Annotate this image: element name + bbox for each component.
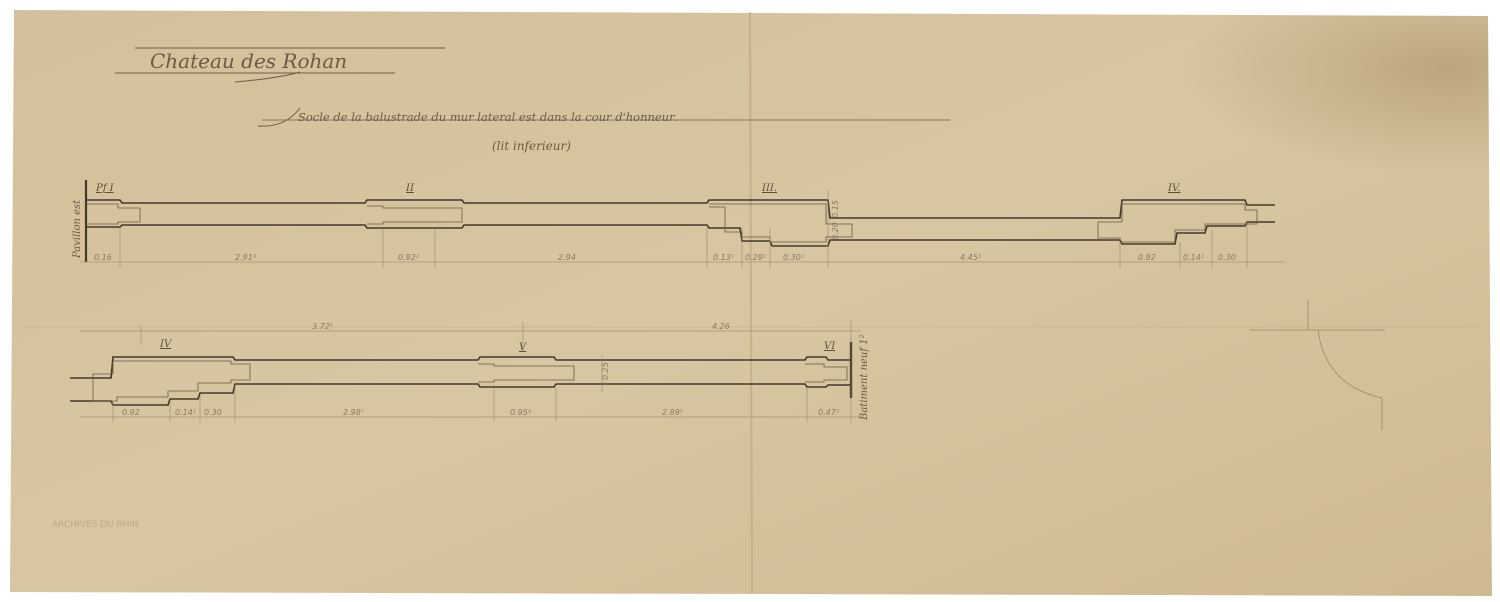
pier-label-II: II (405, 183, 415, 194)
pier-label-I: Pf I (95, 183, 115, 194)
dim-top-0: 0.16 (94, 253, 112, 262)
dim-bottom-vertical-0: 0.25 (601, 362, 610, 380)
dim-top-2: 0.92² (398, 253, 420, 262)
dim-top-9: 0.14¹ (1183, 253, 1204, 262)
dim-bottom-overall-1: 4.26 (712, 322, 730, 331)
dim-top-8: 0.92 (1138, 253, 1156, 262)
dim-top-6: 0.30² (783, 253, 805, 262)
scanned-drawing-sheet: Chateau des Rohan Socle de la balustrade… (0, 0, 1500, 602)
batiment-label: Batiment neuf 1² (859, 334, 870, 421)
dim-bottom-overall-0: 3.72⁵ (312, 322, 333, 331)
dim-bottom-6: 0.47² (818, 408, 840, 417)
paper-background (10, 10, 1492, 596)
dim-top-1: 2.91³ (235, 253, 256, 262)
dim-top-vertical-0: 0.15 (831, 200, 840, 218)
pier-label-IV-lower: IV (159, 339, 173, 350)
dim-bottom-0: 0.92 (122, 408, 140, 417)
dim-top-3: 2.94 (558, 253, 576, 262)
dim-bottom-5: 2.89⁵ (662, 408, 683, 417)
dim-bottom-4: 0.95³ (510, 408, 531, 417)
dim-bottom-3: 2.98⁷ (343, 408, 365, 417)
document-note: (lit inferieur) (492, 139, 571, 153)
dim-bottom-2: 0.30 (204, 408, 222, 417)
pier-label-IV: IV. (1167, 183, 1181, 194)
document-subtitle: Socle de la balustrade du mur lateral es… (298, 110, 677, 124)
document-title: Chateau des Rohan (150, 49, 347, 73)
archive-stamp: ARCHIVES DU RHIN (52, 520, 139, 530)
dim-top-5: 0.29⁵ (745, 253, 766, 262)
dim-top-4: 0.13¹ (713, 253, 734, 262)
dim-top-10: 0.30 (1218, 253, 1236, 262)
dim-bottom-1: 0.14¹ (175, 408, 196, 417)
pier-label-III: III. (761, 183, 777, 194)
pavillon-label: Pavillon est (72, 199, 83, 259)
dim-top-7: 4.45³ (960, 253, 981, 262)
dim-top-vertical-1: 0.20 (831, 222, 840, 240)
pier-label-VI: VI (824, 341, 836, 352)
